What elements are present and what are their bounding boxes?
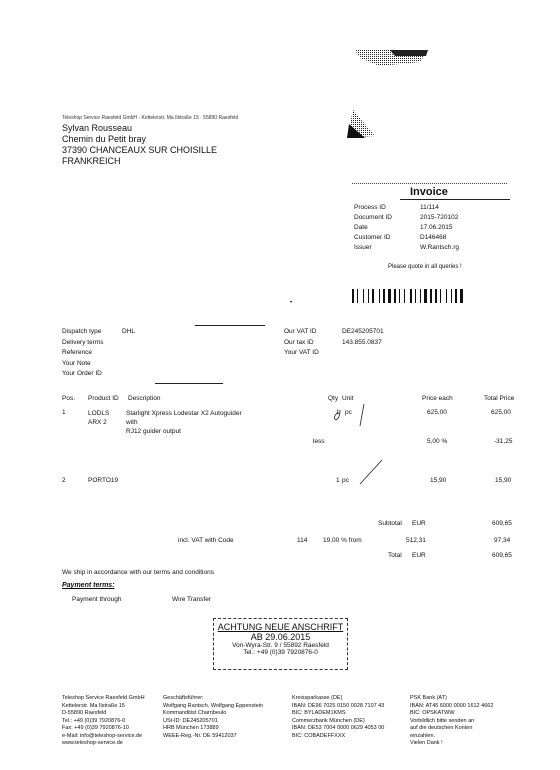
dispatch-type: DHL xyxy=(122,327,135,338)
divider xyxy=(352,183,507,184)
divider xyxy=(155,383,223,384)
quote-note: Please quote in all queries ! xyxy=(388,264,462,270)
payment-label: Payment through xyxy=(72,596,122,603)
vat-value: 97,34 xyxy=(494,537,510,544)
total-label: Total xyxy=(388,552,402,559)
col-header-product-id: Product ID xyxy=(88,395,119,402)
handwritten-check-mark-icon xyxy=(328,398,368,428)
vat-details: Our VAT IDDE245205701 Our tax ID143.855.… xyxy=(284,327,384,359)
bullet-mark: • xyxy=(290,300,292,306)
recipient-name: Sylvan Rousseau xyxy=(62,123,217,134)
invoice-details: Process ID11/114 Document ID2015-720102 … xyxy=(354,203,459,253)
col-header-pos: Pos. xyxy=(62,395,75,402)
our-vat-id: DE245205701 xyxy=(342,327,384,338)
divider xyxy=(195,325,265,326)
handwritten-check-mark-icon xyxy=(358,458,384,486)
footer-company: Teleshop Service Raesfeld GmbH Kettelers… xyxy=(62,695,145,748)
logo-mark-icon xyxy=(345,108,380,138)
company-logo-icon xyxy=(350,48,430,78)
recipient-country: FRANKREICH xyxy=(62,156,217,167)
sender-return-line: Teleshop Service Raesfeld GmbH · Kettele… xyxy=(62,115,238,121)
invoice-date: 17.06.2015 xyxy=(420,223,453,233)
invoice-title: Invoice xyxy=(410,186,448,198)
process-id: 11/114 xyxy=(420,203,439,213)
address-change-stamp: ACHTUNG NEUE ANSCHRIFT AB 29.06.2015 Von… xyxy=(213,618,348,670)
vat-base: 512,31 xyxy=(406,537,426,544)
recipient-city: 37390 CHANCEAUX SUR CHOISILLE xyxy=(62,145,217,156)
payment-method: Wire Transfer xyxy=(172,596,211,603)
shipping-details: Dispatch typeDHL Delivery terms Referenc… xyxy=(62,327,135,380)
vat-label: incl. VAT with Code xyxy=(178,537,234,544)
col-header-price-each: Price each xyxy=(422,395,453,402)
payment-terms-title: Payment terms: xyxy=(62,582,115,589)
col-header-total-price: Total Price xyxy=(484,395,514,402)
subtotal-value: 609,65 xyxy=(492,520,512,527)
document-id: 2015-720102 xyxy=(420,213,458,223)
divider xyxy=(400,199,510,200)
vat-code: 114 xyxy=(297,537,307,544)
footer-bank-de: Kreissparkasse (DE) IBAN: DE96 7025 0150… xyxy=(292,695,384,740)
our-tax-id: 143.855.0837 xyxy=(342,338,382,349)
footer-bank-at: PSK Bank (AT) IBAN: AT45 6000 0000 1612 … xyxy=(410,695,493,748)
footer-management: Geschäftsführer: Wolfgang Rantsch, Wolfg… xyxy=(163,695,263,740)
vat-rate: 19,00 % from xyxy=(323,537,362,544)
total-value: 609,65 xyxy=(492,552,512,559)
recipient-address: Sylvan Rousseau Chemin du Petit bray 373… xyxy=(62,123,217,167)
issuer: W.Rantsch.rg xyxy=(420,243,459,253)
terms-text: We ship in accordance with our terms and… xyxy=(62,569,214,576)
col-header-description: Description xyxy=(128,395,161,402)
customer-id: D146468 xyxy=(420,233,446,243)
recipient-street: Chemin du Petit bray xyxy=(62,134,217,145)
subtotal-label: Subtotal xyxy=(378,520,402,527)
barcode-icon xyxy=(352,289,497,303)
